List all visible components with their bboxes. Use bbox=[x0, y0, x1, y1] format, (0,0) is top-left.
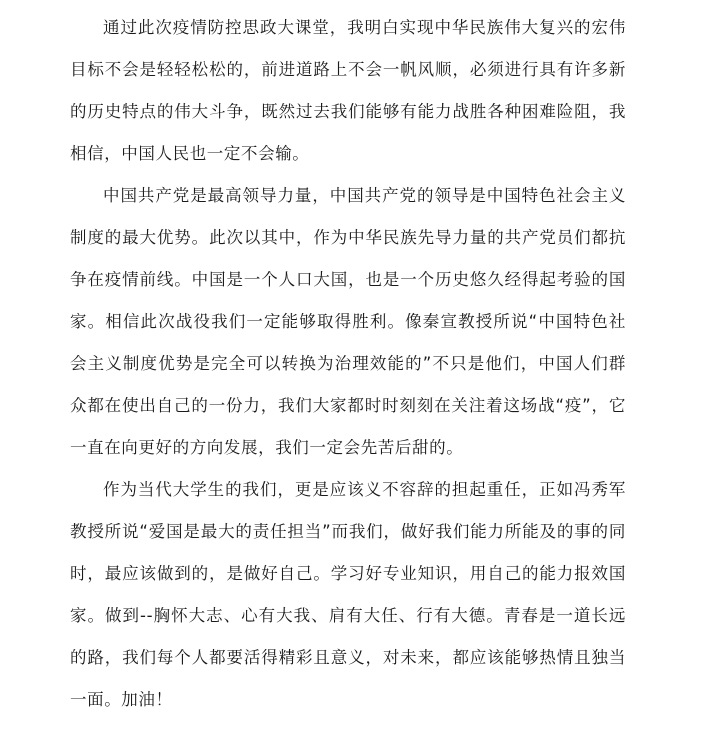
paragraph-student-responsibility: 作为当代大学生的我们，更是应该义不容辞的担起重任，正如冯秀军教授所说“爱国是最大… bbox=[70, 469, 626, 721]
paragraph-party-leadership: 中国共产党是最高领导力量，中国共产党的领导是中国特色社会主义制度的最大优势。此次… bbox=[70, 175, 626, 469]
document-body: 通过此次疫情防控思政大课堂，我明白实现中华民族伟大复兴的宏伟目标不会是轻轻松松的… bbox=[70, 7, 626, 721]
paragraph-epidemic-lesson: 通过此次疫情防控思政大课堂，我明白实现中华民族伟大复兴的宏伟目标不会是轻轻松松的… bbox=[70, 7, 626, 175]
